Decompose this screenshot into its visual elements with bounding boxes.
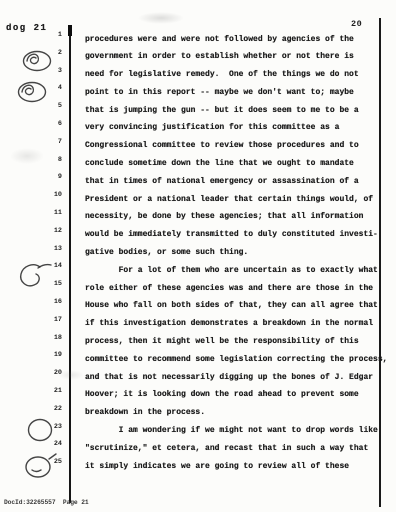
scanned-transcript-page: dog 21 20 1 procedures were a	[0, 0, 396, 512]
line-text: very convincing justification for this c…	[85, 123, 339, 132]
line-text: point to in this report -- maybe we don'…	[85, 88, 354, 97]
line-number: 6	[26, 120, 62, 128]
line-text: that is jumping the gun -- but it does s…	[85, 106, 359, 115]
transcript-line: 25 it simply indicates we are going to r…	[0, 460, 396, 478]
line-text: I am wondering if we might not want to d…	[85, 426, 378, 435]
line-number: 20	[26, 369, 62, 377]
line-text: would be immediately transmitted to duly…	[85, 230, 378, 239]
line-text: committee to recommend some legislation …	[85, 355, 387, 364]
line-text: necessity, be done by these agencies; th…	[85, 212, 363, 221]
line-number: 11	[26, 209, 62, 217]
line-text: it simply indicates we are going to revi…	[85, 462, 349, 471]
line-number: 13	[26, 245, 62, 253]
line-number: 1	[26, 31, 62, 39]
line-number: 24	[26, 440, 62, 448]
line-text: government in order to establish whether…	[85, 52, 354, 61]
scan-smudge	[138, 12, 184, 24]
line-text: need for legislative remedy. One of the …	[85, 70, 359, 79]
line-text: and that is not necessarily digging up t…	[85, 373, 373, 382]
line-number: 18	[26, 334, 62, 342]
line-number: 17	[26, 316, 62, 324]
line-number: 3	[26, 67, 62, 75]
line-number: 9	[26, 173, 62, 181]
line-text: procedures were and were not followed by…	[85, 35, 354, 44]
line-text: Hoover; it is looking down the road ahea…	[85, 390, 359, 399]
line-text: "scrutinize," et cetera, and recast that…	[85, 444, 368, 453]
line-number: 23	[26, 423, 62, 431]
line-number: 4	[26, 84, 62, 92]
line-number: 5	[26, 102, 62, 110]
line-number: 14	[26, 262, 62, 270]
line-number: 19	[26, 351, 62, 359]
line-number: 16	[26, 298, 62, 306]
line-text: breakdown in the process.	[85, 408, 205, 417]
line-number: 21	[26, 387, 62, 395]
line-number: 12	[26, 227, 62, 235]
line-number: 10	[26, 191, 62, 199]
line-text: process, then it might well be the respo…	[85, 337, 359, 346]
line-text: conclude sometime down the line that we …	[85, 159, 354, 168]
line-text: role either of these agencies was and th…	[85, 284, 373, 293]
line-number: 8	[26, 156, 62, 164]
line-text: For a lot of them who are uncertain as t…	[85, 266, 378, 275]
docid-footer: DocId:32265557 Page 21	[4, 499, 89, 506]
line-number: 25	[26, 458, 62, 466]
line-number: 7	[26, 138, 62, 146]
page-number: 20	[351, 19, 362, 29]
line-text: gative bodies, or some such thing.	[85, 248, 248, 257]
line-text: if this investigation demonstrates a bre…	[85, 319, 373, 328]
line-number: 15	[26, 280, 62, 288]
transcript-body: 1 procedures were and were not followed …	[0, 33, 396, 478]
line-text: Congressional committee to review those …	[85, 141, 359, 150]
line-text: President or a national leader that cert…	[85, 195, 373, 204]
line-text: that in times of national emergency or a…	[85, 177, 359, 186]
line-number: 2	[26, 49, 62, 57]
line-text: House who fall on both sides of that, th…	[85, 301, 378, 310]
line-number: 22	[26, 405, 62, 413]
